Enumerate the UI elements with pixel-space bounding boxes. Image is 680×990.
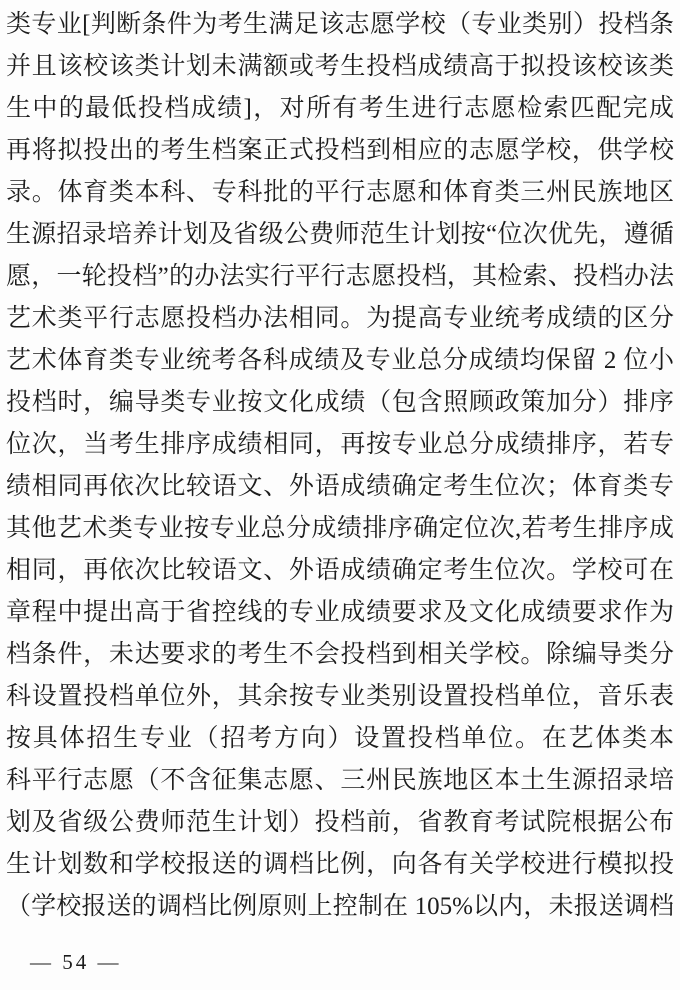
text-line: 类专业[判断条件为考生满足该志愿学校（专业类别）投档条件 (6, 4, 674, 46)
text-line: 划及省级公费师范生计划）投档前，省教育考试院根据公布的招 (6, 802, 674, 844)
text-line: 生计划数和学校报送的调档比例，向各有关学校进行模拟投档 (6, 844, 674, 886)
text-line: 章程中提出高于省控线的专业成绩要求及文化成绩要求作为投 (6, 592, 674, 634)
text-line: 艺术体育类专业统考各科成绩及专业总分成绩均保留 2 位小数。 (6, 340, 674, 382)
text-line: 生源招录培养计划及省级公费师范生计划按“位次优先，遵循志 (6, 214, 674, 256)
document-page: 类专业[判断条件为考生满足该志愿学校（专业类别）投档条件 并且该校该类计划未满额… (0, 0, 680, 990)
text-line: 绩相同再依次比较语文、外语成绩确定考生位次；体育类专业和 (6, 466, 674, 508)
text-line: 再将拟投出的考生档案正式投档到相应的志愿学校，供学校审 (6, 130, 674, 172)
page-number: — 54 — (30, 950, 122, 975)
text-line: 其他艺术类专业按专业总分成绩排序确定位次,若考生排序成绩 (6, 508, 674, 550)
text-line: 档条件，未达要求的考生不会投档到相关学校。除编导类分文理 (6, 634, 674, 676)
text-line: 生中的最低投档成绩]，对所有考生进行志愿检索匹配完成后， (6, 88, 674, 130)
text-line: 并且该校该类计划未满额或考生投档成绩高于拟投该校该类考 (6, 46, 674, 88)
text-line: （学校报送的调档比例原则上控制在 105%以内，未报送调档比 (6, 886, 674, 928)
text-line: 投档时，编导类专业按文化成绩（包含照顾政策加分）排序确定 (6, 382, 674, 424)
text-line: 相同，再依次比较语文、外语成绩确定考生位次。学校可在招生 (6, 550, 674, 592)
text-line: 录。体育类本科、专科批的平行志愿和体育类三州民族地区本土 (6, 172, 674, 214)
text-line: 艺术类平行志愿投档办法相同。为提高专业统考成绩的区分度， (6, 298, 674, 340)
text-line: 科平行志愿（不含征集志愿、三州民族地区本土生源招录培养计 (6, 760, 674, 802)
paragraph-block: 类专业[判断条件为考生满足该志愿学校（专业类别）投档条件 并且该校该类计划未满额… (6, 4, 674, 928)
text-line: 愿，一轮投档”的办法实行平行志愿投档，其检索、投档办法与 (6, 256, 674, 298)
text-line: 位次，当考生排序成绩相同，再按专业总分成绩排序，若专业成 (6, 424, 674, 466)
text-line: 按具体招生专业（招考方向）设置投档单位。在艺体类本科、专 (6, 718, 674, 760)
text-line: 科设置投档单位外，其余按专业类别设置投档单位，音乐表演类 (6, 676, 674, 718)
